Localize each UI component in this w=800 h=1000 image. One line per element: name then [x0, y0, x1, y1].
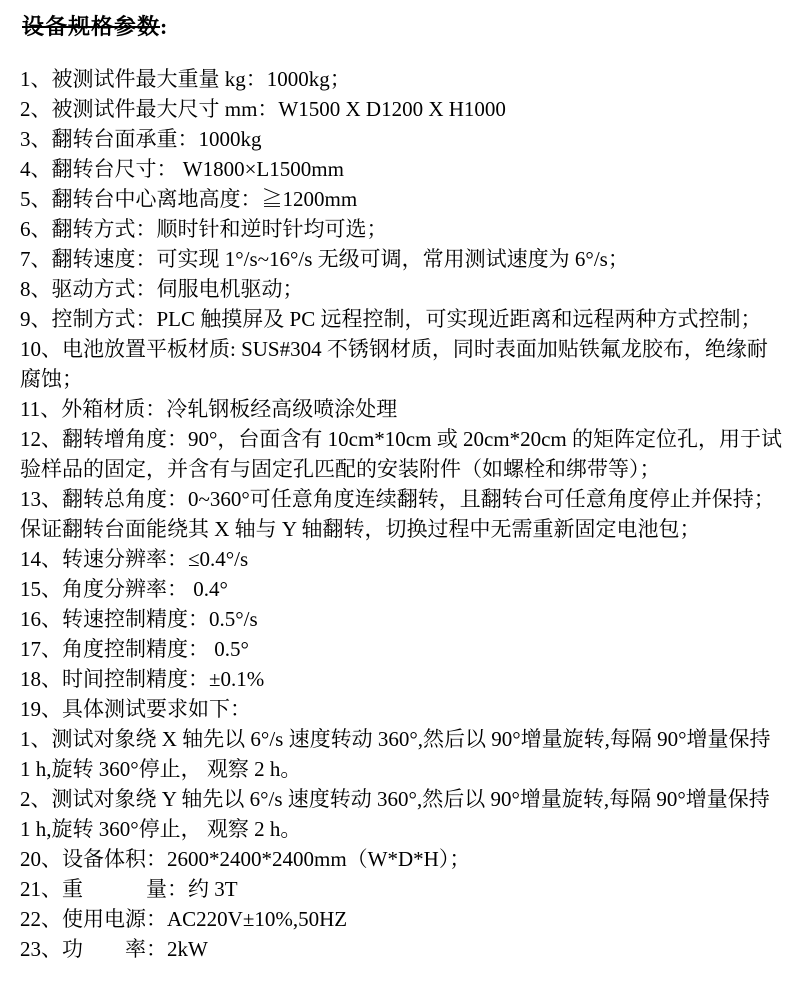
spec-document: 设备规格参数: 1、被测试件最大重量 kg：1000kg；2、被测试件最大尺寸 … — [0, 0, 800, 1000]
spec-line: 5、翻转台中心离地高度：≧1200mm — [20, 184, 784, 214]
spec-line: 23、功 率：2kW — [20, 934, 784, 964]
spec-line: 17、角度控制精度： 0.5° — [20, 634, 784, 664]
spec-line: 1、测试对象绕 X 轴先以 6°/s 速度转动 360°,然后以 90°增量旋转… — [20, 724, 784, 784]
page-title-colon: : — [160, 14, 168, 39]
spec-line: 21、重 量：约 3T — [20, 874, 784, 904]
spec-line: 11、外箱材质：冷轧钢板经高级喷涂处理 — [20, 394, 784, 424]
spec-line: 14、转速分辨率：≤0.4°/s — [20, 544, 784, 574]
spec-line: 13、翻转总角度：0~360°可任意角度连续翻转，且翻转台可任意角度停止并保持；… — [20, 484, 784, 544]
spec-line: 3、翻转台面承重：1000kg — [20, 124, 784, 154]
spec-list: 1、被测试件最大重量 kg：1000kg；2、被测试件最大尺寸 mm：W1500… — [20, 64, 784, 964]
page-title-text: 设备规格参数 — [22, 14, 160, 39]
spec-line: 7、翻转速度：可实现 1°/s~16°/s 无级可调，常用测试速度为 6°/s； — [20, 244, 784, 274]
spec-line: 2、被测试件最大尺寸 mm：W1500 X D1200 X H1000 — [20, 94, 784, 124]
spec-line: 19、具体测试要求如下： — [20, 694, 784, 724]
spec-line: 6、翻转方式：顺时针和逆时针均可选； — [20, 214, 784, 244]
spec-line: 16、转速控制精度：0.5°/s — [20, 604, 784, 634]
spec-line: 2、测试对象绕 Y 轴先以 6°/s 速度转动 360°,然后以 90°增量旋转… — [20, 784, 784, 844]
spec-line: 20、设备体积：2600*2400*2400mm（W*D*H）； — [20, 844, 784, 874]
spec-line: 10、电池放置平板材质: SUS#304 不锈钢材质，同时表面加贴铁氟龙胶布，绝… — [20, 334, 784, 394]
spec-line: 12、翻转增角度：90°，台面含有 10cm*10cm 或 20cm*20cm … — [20, 424, 784, 484]
spec-line: 18、时间控制精度：±0.1% — [20, 664, 784, 694]
spec-line: 1、被测试件最大重量 kg：1000kg； — [20, 64, 784, 94]
spec-line: 22、使用电源：AC220V±10%,50HZ — [20, 904, 784, 934]
spec-line: 9、控制方式：PLC 触摸屏及 PC 远程控制，可实现近距离和远程两种方式控制； — [20, 304, 784, 334]
spec-line: 15、角度分辨率： 0.4° — [20, 574, 784, 604]
page-title: 设备规格参数: — [22, 14, 784, 40]
spec-line: 8、驱动方式：伺服电机驱动； — [20, 274, 784, 304]
spec-line: 4、翻转台尺寸： W1800×L1500mm — [20, 154, 784, 184]
